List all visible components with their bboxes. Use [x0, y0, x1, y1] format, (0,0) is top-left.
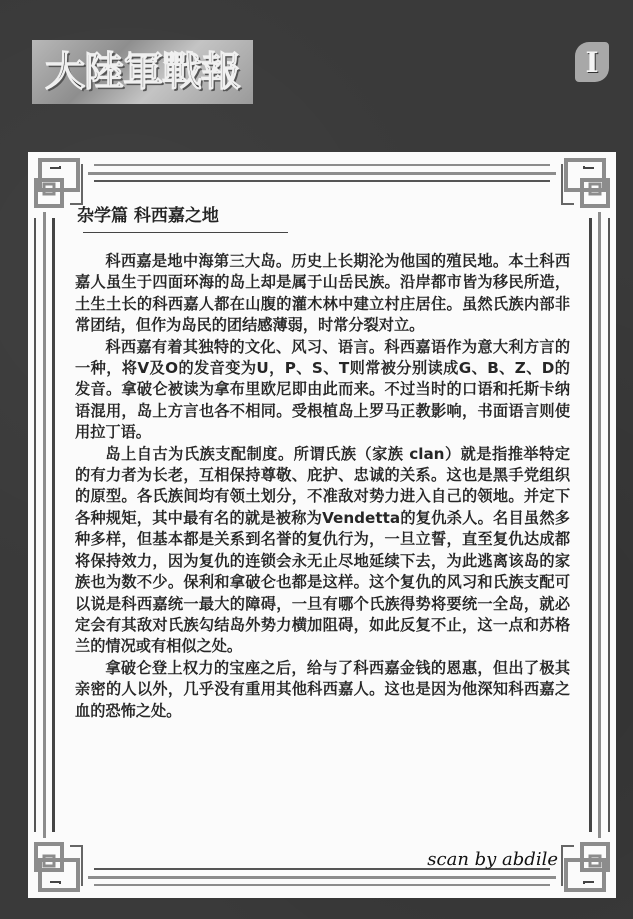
article-body: 科西嘉是地中海第三大岛。历史上长期沦为他国的殖民地。本土科西嘉人虽生于四面环海的… — [75, 251, 570, 722]
border-left-outer — [34, 218, 36, 832]
scanner-signature: scan by abdile — [427, 849, 558, 870]
title-underline — [83, 232, 288, 233]
border-right-mid — [598, 212, 601, 838]
paragraph: 科西嘉是地中海第三大岛。历史上长期沦为他国的殖民地。本土科西嘉人虽生于四面环海的… — [75, 251, 570, 337]
border-bottom-mid — [88, 876, 556, 879]
border-left-inner — [52, 218, 55, 832]
border-top-inner — [94, 180, 550, 182]
border-right-outer — [608, 218, 610, 832]
paragraph: 科西嘉有着其独特的文化、风习、语言。科西嘉语作为意大利方言的一种，将V及O的发音… — [75, 337, 570, 444]
border-left-mid — [43, 212, 46, 838]
article-panel: 杂学篇 科西嘉之地 科西嘉是地中海第三大岛。历史上长期沦为他国的殖民地。本土科西… — [28, 152, 616, 898]
banner-title: 大陸軍戰報 — [45, 52, 240, 92]
paragraph: 岛上自古为氏族支配制度。所谓氏族（家族 clan）就是指推举特定的有力者为长老，… — [75, 444, 570, 658]
border-top-outer — [94, 164, 550, 166]
article-content: 杂学篇 科西嘉之地 科西嘉是地中海第三大岛。历史上长期沦为他国的殖民地。本土科西… — [75, 204, 570, 722]
paragraph: 拿破仑登上权力的宝座之后，给与了科西嘉金钱的恩惠，但出了极其亲密的人以外，几乎没… — [75, 658, 570, 722]
chapter-badge: I — [575, 42, 609, 82]
corner-knot-bottom-left-icon — [30, 826, 100, 896]
page-banner: 大陸軍戰報 — [32, 40, 253, 104]
border-top-mid — [88, 172, 556, 175]
section-title: 杂学篇 科西嘉之地 — [77, 204, 570, 228]
border-bottom-outer — [94, 884, 550, 886]
chapter-numeral: I — [585, 46, 598, 79]
border-right-inner — [589, 218, 592, 832]
